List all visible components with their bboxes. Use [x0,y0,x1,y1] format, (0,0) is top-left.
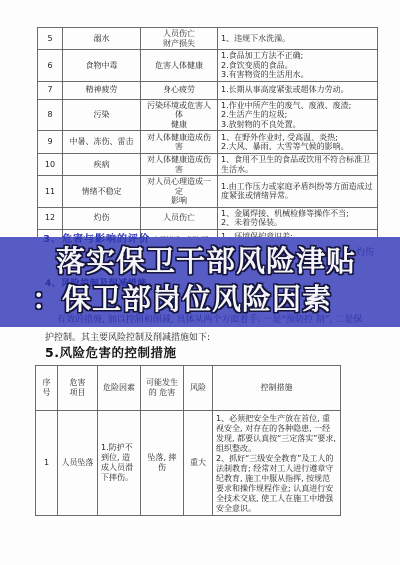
effect-cell: 对人体健康造成伤害 [141,154,218,176]
section-3-heading: 3、危害与影响的评价 [43,230,150,245]
table-row: 11 情绪不稳定 对人员心理造成一定 影响 1.由工作压力或家庭矛盾纠纷等方面造… [38,176,378,208]
effect-cell: 身心疲劳 [141,81,218,99]
control-measures-table: 序 号 危害 项目 危险因素 可能发生 的 危害 风险 控制措施 1 人员坠落 … [35,365,341,516]
effect-cell: 人员伤亡 [141,207,218,229]
effect-cell: 对人体健康造成伤害 [141,131,218,154]
control-measure-cell: 1、必须把安全生产放在首位, 重视安全, 对存在的各种隐患, 一经发现, 都要认… [213,411,341,516]
effect-cell: 对人员心理造成一定 影响 [141,176,218,208]
causes-cell: 1、在野外作业时, 受高温、炎热; 2.大风、暴雨、大雪等气候的影响。 [218,131,378,154]
table-header-row: 序 号 危害 项目 危险因素 可能发生 的 危害 风险 控制措施 [36,366,341,411]
document-page: 5 溺水 人员伤亡 财产损失 1、违规下水洗澡。 6 食物中毒 危害人体健康 1… [0,0,400,565]
causes-cell: 1.食品加工方法不正确; 2.食饮变质的食品。 3.有害物资的生活用水。 [218,50,378,82]
header-risk: 风险 [184,366,213,411]
causes-cell: 1.由工作压力或家庭矛盾纠纷等方面造成过度紧张或情绪异常。 [218,176,378,208]
hazard-item-cell: 人员坠落 [58,411,98,516]
causes-cell: 1、食用不卫生的食品或饮用不符合标准卫生活水。 [218,154,378,176]
row-number-cell: 6 [38,50,63,82]
row-number-cell: 7 [38,81,63,99]
risk-level-cell: 重大 [184,411,213,516]
effect-cell: 污染环境或危害人体 健康 [141,99,218,131]
bleed-text-line: 有效的措施, 加以控制和削减, 具体从两个方面着手: 一是“预防控 制”, 二是… [57,316,387,326]
possible-harm-cell: 坠落, 摔伤 [141,411,184,516]
row-number-cell: 8 [38,99,63,131]
effect-cell: 危害人体健康 [141,50,218,82]
causes-cell: 1.作业中所产生的废气、废液、废渣; 2.生活产生的垃圾; 3.放射物的不良处置… [218,99,378,131]
table-row: 6 食物中毒 危害人体健康 1.食品加工方法不正确; 2.食饮变质的食品。 3.… [38,50,378,82]
page-title-line-2: ：保卫部岗位风险因素 [32,283,332,316]
table-row: 1 人员坠落 1.防护不到位, 造成人员滑下摔伤。 坠落, 摔伤 重大 1、必须… [36,411,341,516]
header-measure: 控制措施 [213,366,341,411]
header-factor: 危险因素 [98,366,141,411]
hazard-cell: 情绪不稳定 [63,176,141,208]
hazard-cell: 食物中毒 [63,50,141,82]
title-overlay-band: 、灼伤 4、风险控制及削减措施 有效的措施, 加以控制和削减, 具体从两个方面着… [0,237,400,327]
row-number-cell: 11 [38,176,63,208]
table-row: 8 污染 污染环境或危害人体 健康 1.作业中所产生的废气、废液、废渣; 2.生… [38,99,378,131]
header-no: 序 号 [36,366,58,411]
hazard-cell: 灼伤 [63,207,141,229]
body-paragraph: 护控制。其主要风险控制及削减措施如下: [45,330,210,343]
header-possible: 可能发生 的 危害 [141,366,184,411]
effect-cell: 人员伤亡 财产损失 [141,28,218,50]
hazard-cell: 溺水 [63,28,141,50]
header-item: 危害 项目 [58,366,98,411]
hazard-cell: 中暑、冻伤、雷击 [63,131,141,154]
hazard-cell: 精神疲劳 [63,81,141,99]
table-row: 5 溺水 人员伤亡 财产损失 1、违规下水洗澡。 [38,28,378,50]
hazard-factors-table: 5 溺水 人员伤亡 财产损失 1、违规下水洗澡。 6 食物中毒 危害人体健康 1… [37,27,378,254]
causes-cell: 1、金属焊接、机械检修等操作不当; 2、未着劳保装。 [218,207,378,229]
causes-cell: 1.长期从事高度紧张或超体力劳动。 [218,81,378,99]
table-row: 9 中暑、冻伤、雷击 对人体健康造成伤害 1、在野外作业时, 受高温、炎热; 2… [38,131,378,154]
hazard-cell: 污染 [63,99,141,131]
risk-factor-cell: 1.防护不到位, 造成人员滑下摔伤。 [98,411,141,516]
table-row: 10 疾病 对人体健康造成伤害 1、食用不卫生的食品或饮用不符合标准卫生活水。 [38,154,378,176]
row-number-cell: 5 [38,28,63,50]
table-row: 7 精神疲劳 身心疲劳 1.长期从事高度紧张或超体力劳动。 [38,81,378,99]
table-row: 12 灼伤 人员伤亡 1、金属焊接、机械检修等操作不当; 2、未着劳保装。 [38,207,378,229]
row-number-cell: 9 [38,131,63,154]
row-number-cell: 10 [38,154,63,176]
row-number-cell: 12 [38,207,63,229]
row-number-cell: 1 [36,411,58,516]
causes-cell: 1、违规下水洗澡。 [218,28,378,50]
hazard-cell: 疾病 [63,154,141,176]
page-title-line-1: 落实保卫干部风险津贴 [56,245,356,278]
section-5-heading: 5.风险危害的控制措施 [45,343,176,361]
